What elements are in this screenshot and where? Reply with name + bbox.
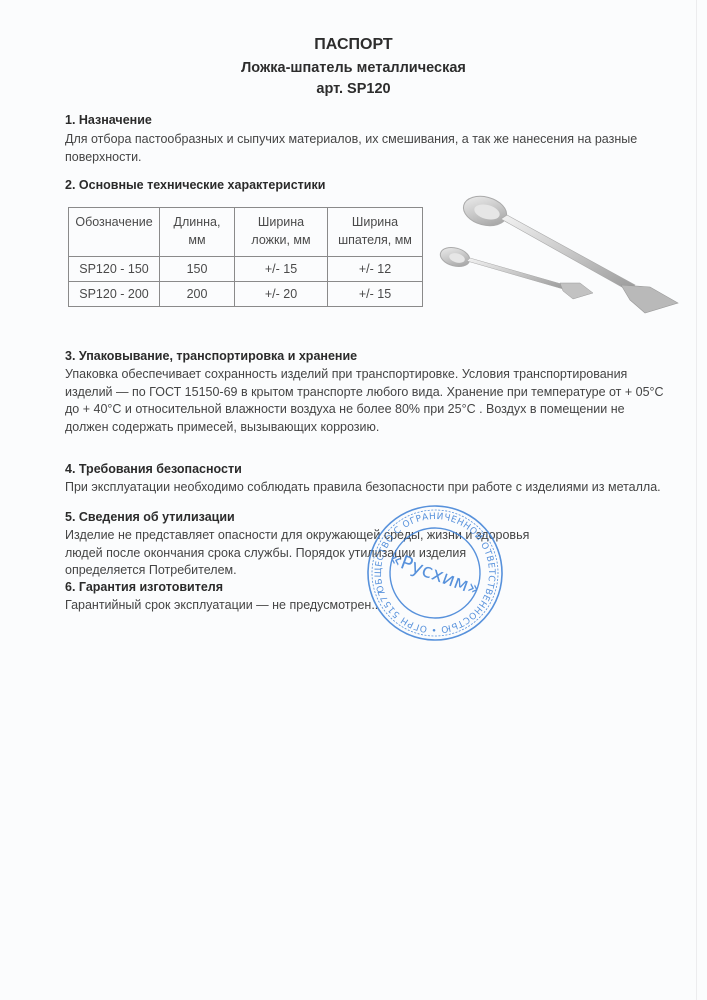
article-number: арт. SP120: [0, 81, 707, 97]
table-cell: 200: [160, 282, 235, 307]
section-text-purpose: Для отбора пастообразных и сыпучих матер…: [65, 131, 665, 166]
table-cell: SP120 - 200: [69, 282, 160, 307]
table-header-row: Обозначение Длинна, мм Ширина ложки, мм …: [69, 208, 423, 257]
table-row: SP120 - 150 150 +/- 15 +/- 12: [69, 257, 423, 282]
spec-table: Обозначение Длинна, мм Ширина ложки, мм …: [68, 207, 423, 307]
table-cell: +/- 15: [328, 282, 423, 307]
section-text-warranty: Гарантийный срок эксплуатации — не преду…: [65, 597, 665, 615]
table-row: SP120 - 200 200 +/- 20 +/- 15: [69, 282, 423, 307]
section-heading-purpose: 1. Назначение: [65, 113, 152, 127]
section-heading-disposal: 5. Сведения об утилизации: [65, 510, 235, 524]
table-cell: +/- 20: [235, 282, 328, 307]
spoon-spatula-photo-icon: [435, 185, 685, 320]
section-heading-safety: 4. Требования безопасности: [65, 462, 242, 476]
section-heading-warranty: 6. Гарантия изготовителя: [65, 580, 223, 594]
col-header: Длинна, мм: [160, 208, 235, 257]
table-cell: SP120 - 150: [69, 257, 160, 282]
col-header: Ширина ложки, мм: [235, 208, 328, 257]
stamp-center-text: «Русхим»: [387, 547, 483, 600]
document-title: ПАСПОРТ: [0, 36, 707, 54]
table-cell: 150: [160, 257, 235, 282]
table-cell: +/- 12: [328, 257, 423, 282]
section-heading-specs: 2. Основные технические характеристики: [65, 178, 325, 192]
section-text-safety: При эксплуатации необходимо соблюдать пр…: [65, 479, 665, 497]
col-header: Ширина шпателя, мм: [328, 208, 423, 257]
section-heading-packaging: 3. Упаковывание, транспортировка и хране…: [65, 349, 357, 363]
page-edge: [696, 0, 697, 1000]
company-stamp-icon: ОБЩЕСТВО С ОГРАНИЧЕННОЙ ОТВЕТСТВЕННОСТЬЮ…: [366, 504, 504, 642]
document-subtitle: Ложка-шпатель металлическая: [0, 60, 707, 76]
table-cell: +/- 15: [235, 257, 328, 282]
col-header: Обозначение: [69, 208, 160, 257]
section-text-packaging: Упаковка обеспечивает сохранность издели…: [65, 366, 665, 436]
